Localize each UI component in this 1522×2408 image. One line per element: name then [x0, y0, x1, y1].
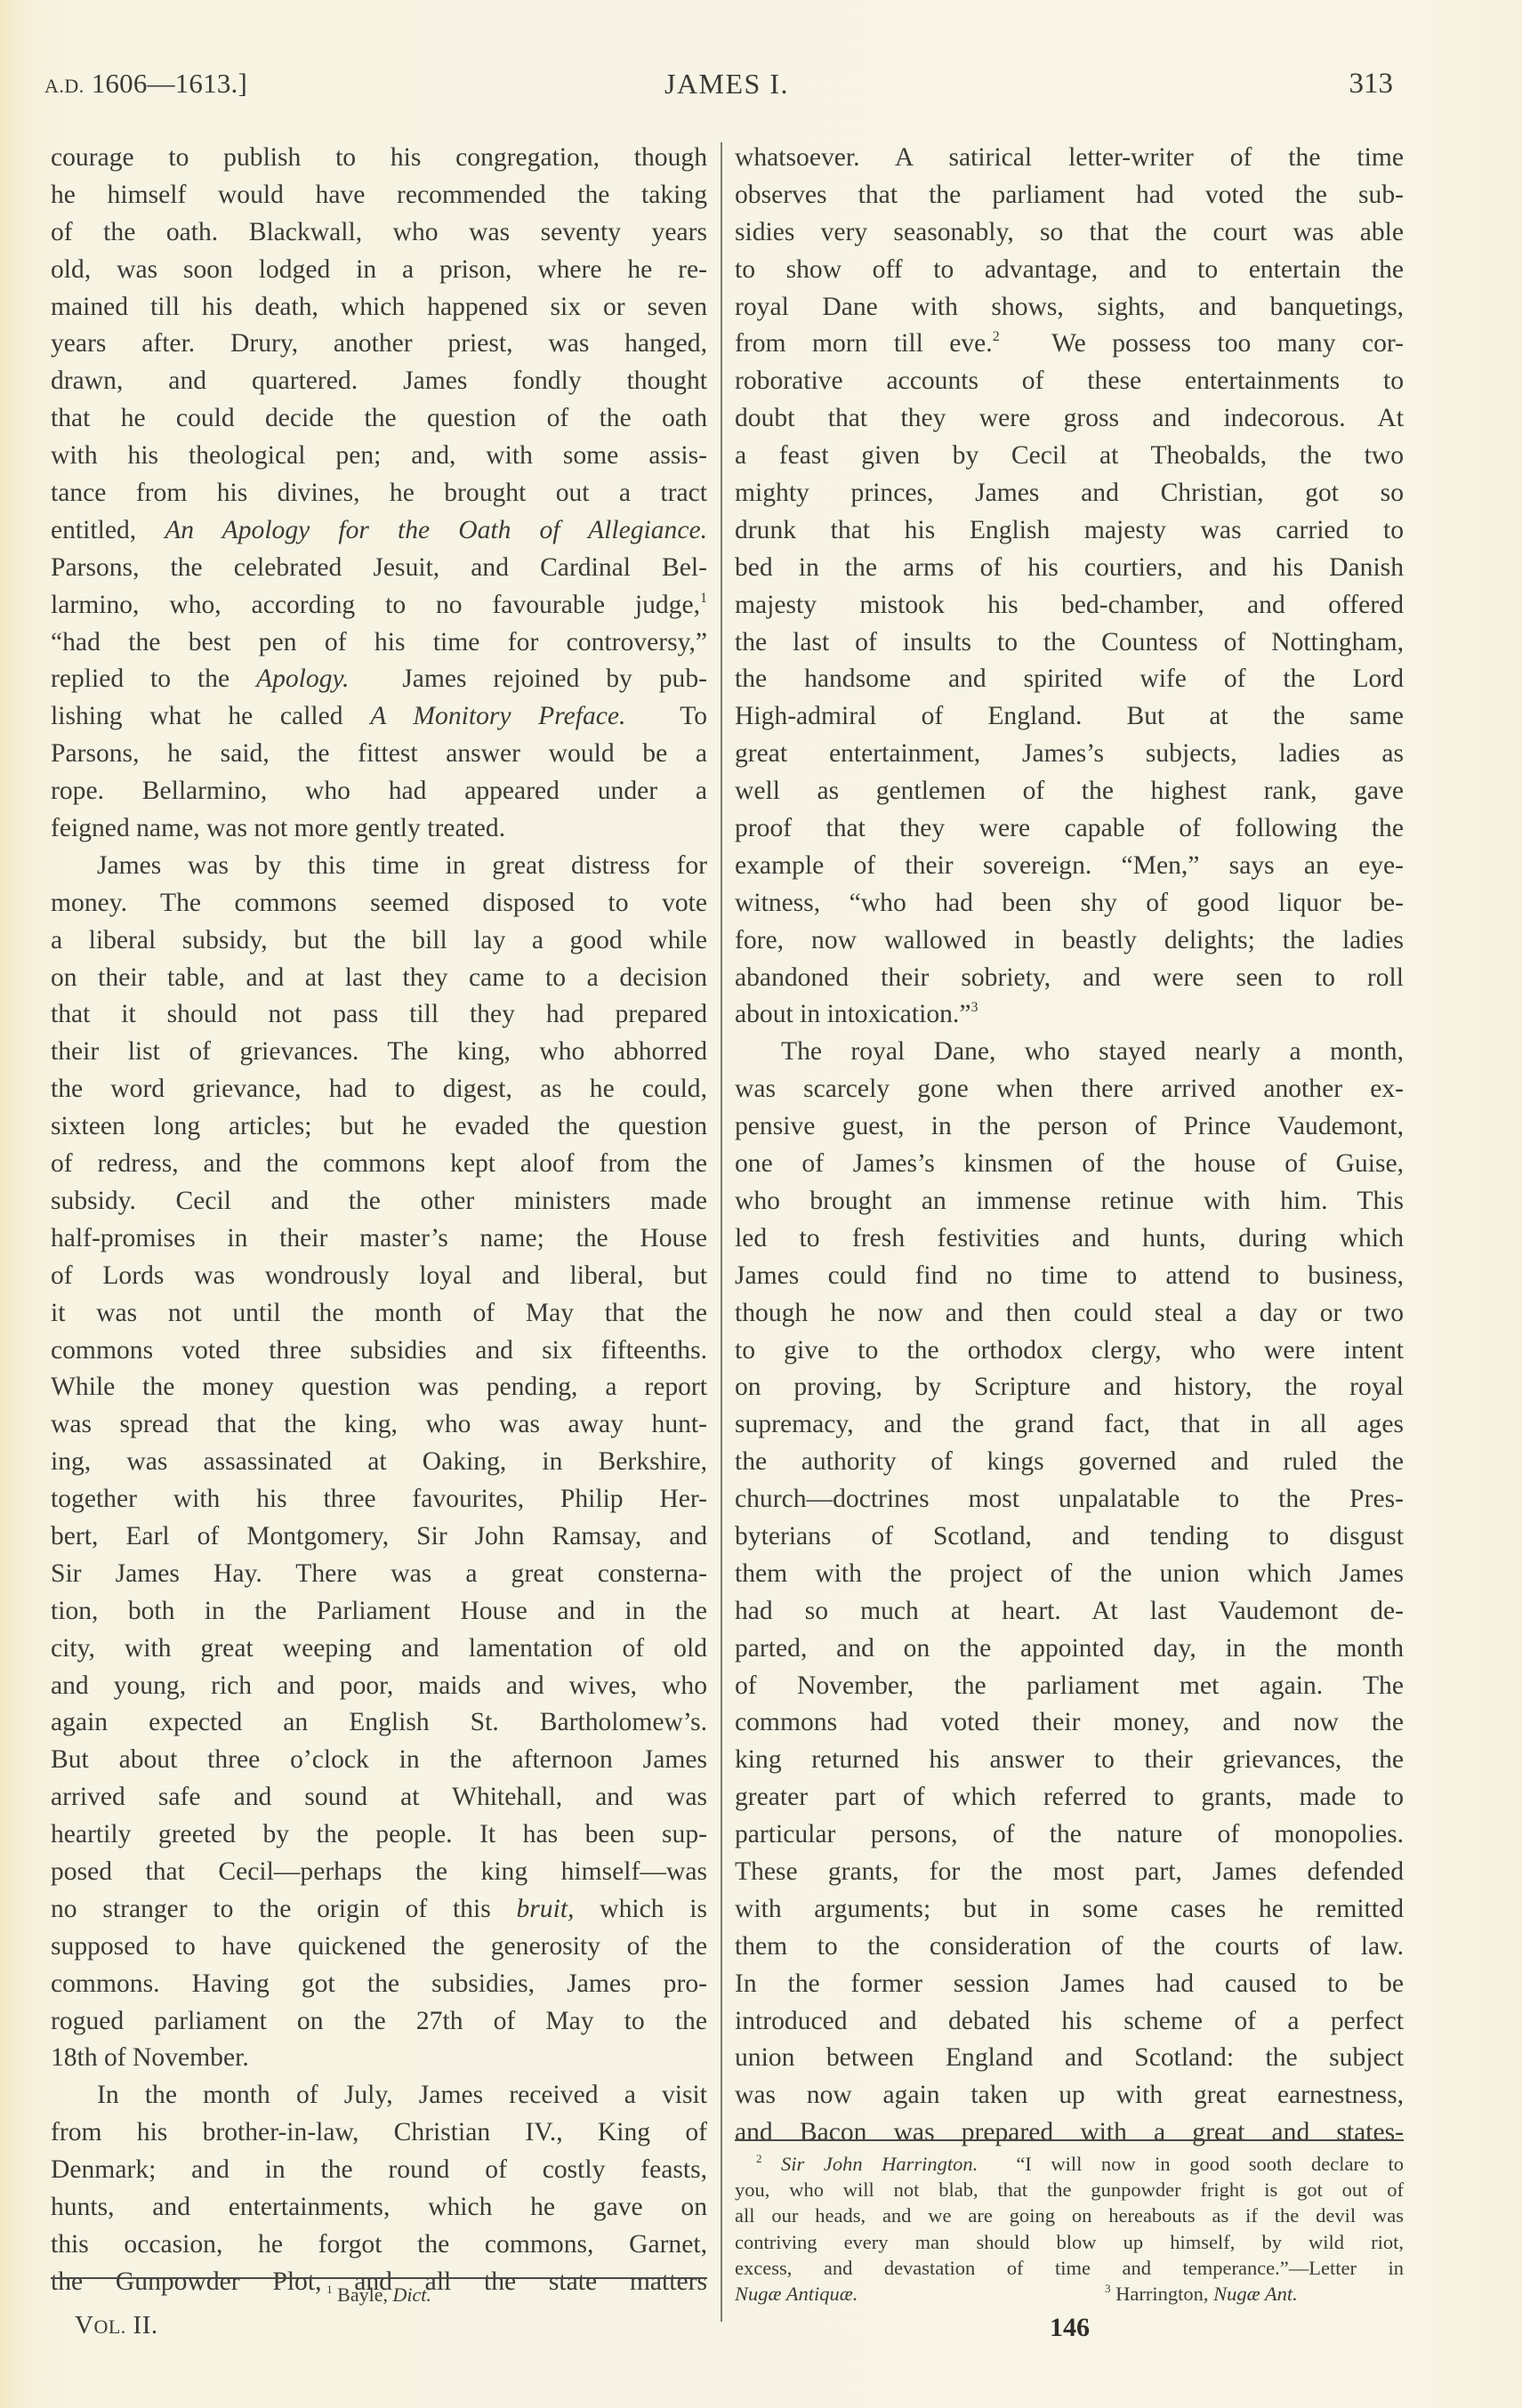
text-run: To: [625, 702, 707, 730]
signature-initial: V: [75, 2311, 93, 2340]
footnote-italic: Nugæ Ant.: [1213, 2283, 1298, 2305]
page-number: 313: [1349, 68, 1394, 101]
text-line: hunts, and entertainments, which he gave…: [51, 2189, 707, 2227]
running-head: A.D. 1606—1613.] JAMES I. 313: [0, 68, 1522, 107]
text-line: of November, the parliament met again. T…: [735, 1668, 1404, 1705]
footnote-1: 1 Bayle, Dict.: [51, 2283, 707, 2307]
text-line: posed that Cecil—perhaps the king himsel…: [51, 1854, 707, 1891]
running-head-date-range: A.D. 1606—1613.]: [44, 68, 247, 100]
text-line: particular persons, of the nature of mon…: [735, 1816, 1404, 1854]
text-line: who brought an immense retinue with him.…: [735, 1183, 1404, 1220]
text-line: 18th of November.: [51, 2040, 707, 2077]
signature-small-caps: OL.: [93, 2315, 125, 2338]
text-line: observes that the parliament had voted t…: [735, 177, 1404, 214]
text-line: on their table, and at last they came to…: [51, 960, 707, 997]
text-line: drunk that his English majesty was carri…: [735, 512, 1404, 550]
text-line: parted, and on the appointed day, in the…: [735, 1631, 1404, 1668]
text-line: In the former session James had caused t…: [735, 1966, 1404, 2003]
book-page: A.D. 1606—1613.] JAMES I. 313 courage to…: [0, 0, 1522, 2408]
text-line: entitled, An Apology for the Oath of All…: [51, 512, 707, 550]
footnote-last-row: Nugæ Antiquæ. 3 Harrington, Nugæ Ant.: [735, 2281, 1404, 2307]
left-column: courage to publish to his congregation, …: [51, 140, 707, 2301]
text-line: tion, both in the Parliament House and i…: [51, 1593, 707, 1631]
year-range: 1606—1613.]: [92, 68, 247, 99]
text-line: “had the best pen of his time for contro…: [51, 624, 707, 662]
column-divider: [721, 142, 722, 2322]
text-line: the last of insults to the Countess of N…: [735, 624, 1404, 662]
text-line: abandoned their sobriety, and were seen …: [735, 960, 1404, 997]
text-line: again expected an English St. Bartholome…: [51, 1704, 707, 1742]
text-line: with his theological pen; and, with some…: [51, 438, 707, 475]
paragraph-start-line: In the month of July, James received a v…: [51, 2077, 707, 2114]
text-line: But about three o’clock in the afternoon…: [51, 1742, 707, 1779]
text-line: supposed to have quickened the generosit…: [51, 1929, 707, 1966]
text-line: years after. Drury, another priest, was …: [51, 326, 707, 363]
text-line: witness, “who had been shy of good liquo…: [735, 885, 1404, 922]
text-line: bert, Earl of Montgomery, Sir John Ramsa…: [51, 1518, 707, 1556]
footnote-marker: 1: [326, 2283, 333, 2296]
text-line: greater part of which referred to grants…: [735, 1779, 1404, 1816]
text-line: was scarcely gone when there arrived ano…: [735, 1071, 1404, 1108]
text-line: the word grievance, had to digest, as he…: [51, 1071, 707, 1108]
text-line: commons had voted their money, and now t…: [735, 1704, 1404, 1742]
footnote-3: 3 Harrington, Nugæ Ant.: [1105, 2281, 1298, 2307]
text-line: Parsons, the celebrated Jesuit, and Card…: [51, 550, 707, 587]
text-line: great entertainment, James’s subjects, l…: [735, 736, 1404, 773]
text-line: and Bacon was prepared with a great and …: [735, 2114, 1404, 2152]
text-line: replied to the Apology. James rejoined b…: [51, 661, 707, 698]
text-line: pensive guest, in the person of Prince V…: [735, 1108, 1404, 1146]
text-line: city, with great weeping and lamentation…: [51, 1631, 707, 1668]
text-line: larmino, who, according to no favourable…: [51, 587, 707, 624]
footnote-2-line: 2 Sir John Harrington. “I will now in go…: [735, 2151, 1404, 2177]
text-run: from morn till eve.: [735, 329, 993, 358]
text-line: on proving, by Scripture and history, th…: [735, 1369, 1404, 1406]
signature-volume: II.: [126, 2311, 158, 2340]
text-line: though he now and then could steal a day…: [735, 1295, 1404, 1333]
footnote-ref-3[interactable]: 3: [970, 1000, 978, 1015]
footnote-marker: 2: [756, 2152, 762, 2165]
footnote-2-line: excess, and devastation of time and temp…: [735, 2255, 1404, 2281]
text-line: of redress, and the commons kept aloof f…: [51, 1146, 707, 1183]
text-line: of the oath. Blackwall, who was seventy …: [51, 214, 707, 252]
sheet-number: 146: [1050, 2313, 1090, 2343]
text-line: to give to the orthodox clergy, who were…: [735, 1333, 1404, 1370]
text-line: was spread that the king, who was away h…: [51, 1406, 707, 1444]
text-line: them to the consideration of the courts …: [735, 1929, 1404, 1966]
text-line: a liberal subsidy, but the bill lay a go…: [51, 922, 707, 960]
text-line: well as gentlemen of the highest rank, g…: [735, 773, 1404, 810]
footnote-separator-right: [735, 2139, 1404, 2141]
text-line: he himself would have recommended the ta…: [51, 177, 707, 214]
footnote-ref-2[interactable]: 2: [993, 329, 1000, 344]
footnote-ref-1[interactable]: 1: [700, 591, 707, 606]
book-title-apology: An Apology for the Oath of Allegiance.: [165, 516, 707, 544]
text-line: their list of grievances. The king, who …: [51, 1034, 707, 1071]
era-label: A.D.: [44, 75, 85, 97]
text-line: a feast given by Cecil at Theobalds, the…: [735, 438, 1404, 475]
footnote-text: “I will now in good sooth declare to: [978, 2153, 1404, 2175]
text-line: and young, rich and poor, maids and wive…: [51, 1668, 707, 1705]
text-line: majesty mistook his bed-chamber, and off…: [735, 587, 1404, 624]
footnote-author: Sir John Harrington.: [781, 2153, 978, 2175]
text-line: feigned name, was not more gently treate…: [51, 810, 707, 848]
text-line: that it should not pass till they had pr…: [51, 996, 707, 1034]
text-line: from his brother-in-law, Christian IV., …: [51, 2114, 707, 2152]
running-head-title: JAMES I.: [646, 68, 808, 101]
text-line: subsidy. Cecil and the other ministers m…: [51, 1183, 707, 1220]
footnote-2-line: all our heads, and we are going on herea…: [735, 2203, 1404, 2228]
text-line: arrived safe and sound at Whitehall, and…: [51, 1779, 707, 1816]
text-line: the handsome and spirited wife of the Lo…: [735, 661, 1404, 698]
text-run: which is: [574, 1895, 707, 1923]
text-line: While the money question was pending, a …: [51, 1369, 707, 1406]
text-run: lishing what he called: [51, 702, 370, 730]
text-run: no stranger to the origin of this: [51, 1895, 516, 1923]
footnote-text: Bayle,: [337, 2283, 392, 2306]
footnote-text: Harrington,: [1115, 2283, 1213, 2305]
footnotes-right: 2 Sir John Harrington. “I will now in go…: [735, 2151, 1404, 2307]
paragraph-start-line: James was by this time in great distress…: [51, 848, 707, 885]
text-line: High-admiral of England. But at the same: [735, 698, 1404, 736]
text-line: was now again taken up with great earnes…: [735, 2077, 1404, 2114]
footnote-2-source: Nugæ Antiquæ.: [735, 2281, 858, 2307]
footnote-marker: 3: [1105, 2282, 1111, 2295]
text-line: had so much at heart. At last Vaudemont …: [735, 1593, 1404, 1631]
text-line: royal Dane with shows, sights, and banqu…: [735, 289, 1404, 326]
text-line: to show off to advantage, and to enterta…: [735, 252, 1404, 289]
text-line: lishing what he called A Monitory Prefac…: [51, 698, 707, 736]
text-line: no stranger to the origin of this bruit,…: [51, 1891, 707, 1929]
text-run: James rejoined by pub-: [349, 664, 707, 693]
text-line: rope. Bellarmino, who had appeared under…: [51, 773, 707, 810]
text-line: example of their sovereign. “Men,” says …: [735, 848, 1404, 885]
text-run: We possess too many cor-: [1000, 329, 1404, 358]
text-line: supremacy, and the grand fact, that in a…: [735, 1406, 1404, 1444]
text-line: sidies very seasonably, so that the cour…: [735, 214, 1404, 252]
text-line: drawn, and quartered. James fondly thoug…: [51, 363, 707, 400]
text-line: sixteen long articles; but he evaded the…: [51, 1108, 707, 1146]
text-line: this occasion, he forgot the commons, Ga…: [51, 2227, 707, 2264]
footnote-separator-left: [51, 2277, 707, 2279]
text-run: replied to the: [51, 664, 256, 693]
text-line: whatsoever. A satirical letter-writer of…: [735, 140, 1404, 177]
volume-signature: VOL. II.: [75, 2311, 158, 2340]
text-line: mained till his death, which happened si…: [51, 289, 707, 326]
text-line: money. The commons seemed disposed to vo…: [51, 885, 707, 922]
text-line: doubt that they were gross and indecorou…: [735, 400, 1404, 438]
text-line: commons voted three subsidies and six fi…: [51, 1333, 707, 1370]
text-line: These grants, for the most part, James d…: [735, 1854, 1404, 1891]
footnote-italic: Dict.: [392, 2283, 431, 2306]
text-line: roborative accounts of these entertainme…: [735, 363, 1404, 400]
text-line: introduced and debated his scheme of a p…: [735, 2003, 1404, 2041]
text-run: entitled,: [51, 516, 165, 544]
paragraph-start-line: The royal Dane, who stayed nearly a mont…: [735, 1034, 1404, 1071]
text-line: about in intoxication.”3: [735, 996, 1404, 1034]
text-line: James could find no time to attend to bu…: [735, 1258, 1404, 1295]
text-line: courage to publish to his congregation, …: [51, 140, 707, 177]
right-column: whatsoever. A satirical letter-writer of…: [735, 140, 1404, 2152]
text-line: heartily greeted by the people. It has b…: [51, 1816, 707, 1854]
text-line: from morn till eve.2 We possess too many…: [735, 326, 1404, 363]
text-line: that he could decide the question of the…: [51, 400, 707, 438]
book-title-apology-short: Apology.: [256, 664, 349, 693]
text-line: of Lords was wondrously loyal and libera…: [51, 1258, 707, 1295]
text-run: larmino, who, according to no favourable…: [51, 591, 700, 619]
book-title-monitory-preface: A Monitory Preface.: [370, 702, 625, 730]
text-line: tance from his divines, he brought out a…: [51, 475, 707, 512]
text-line: Parsons, he said, the fittest answer wou…: [51, 736, 707, 773]
text-line: commons. Having got the subsidies, James…: [51, 1966, 707, 2003]
footnote-2-line: you, who will not blab, that the gunpowd…: [735, 2177, 1404, 2203]
text-line: with arguments; but in some cases he rem…: [735, 1891, 1404, 1929]
text-line: them with the project of the union which…: [735, 1556, 1404, 1593]
text-line: the authority of kings governed and rule…: [735, 1444, 1404, 1481]
text-line: mighty princes, James and Christian, got…: [735, 475, 1404, 512]
text-line: rogued parliament on the 27th of May to …: [51, 2003, 707, 2041]
italic-word-bruit: bruit,: [516, 1895, 574, 1923]
text-line: ing, was assassinated at Oaking, in Berk…: [51, 1444, 707, 1481]
text-run: about in intoxication.”: [735, 1000, 970, 1028]
text-line: one of James’s kinsmen of the house of G…: [735, 1146, 1404, 1183]
text-line: old, was soon lodged in a prison, where …: [51, 252, 707, 289]
text-line: Sir James Hay. There was a great conster…: [51, 1556, 707, 1593]
text-line: half-promises in their master’s name; th…: [51, 1220, 707, 1258]
text-line: proof that they were capable of followin…: [735, 810, 1404, 848]
text-line: king returned his answer to their grieva…: [735, 1742, 1404, 1779]
text-line: church—doctrines most unpalatable to the…: [735, 1481, 1404, 1518]
footnote-2-line: contriving every man should blow up hims…: [735, 2229, 1404, 2255]
text-line: union between England and Scotland: the …: [735, 2040, 1404, 2077]
text-line: together with his three favourites, Phil…: [51, 1481, 707, 1518]
text-line: it was not until the month of May that t…: [51, 1295, 707, 1333]
text-line: led to fresh festivities and hunts, duri…: [735, 1220, 1404, 1258]
text-line: Denmark; and in the round of costly feas…: [51, 2152, 707, 2189]
text-line: bed in the arms of his courtiers, and hi…: [735, 550, 1404, 587]
text-line: fore, now wallowed in beastly delights; …: [735, 922, 1404, 960]
text-line: byterians of Scotland, and tending to di…: [735, 1518, 1404, 1556]
